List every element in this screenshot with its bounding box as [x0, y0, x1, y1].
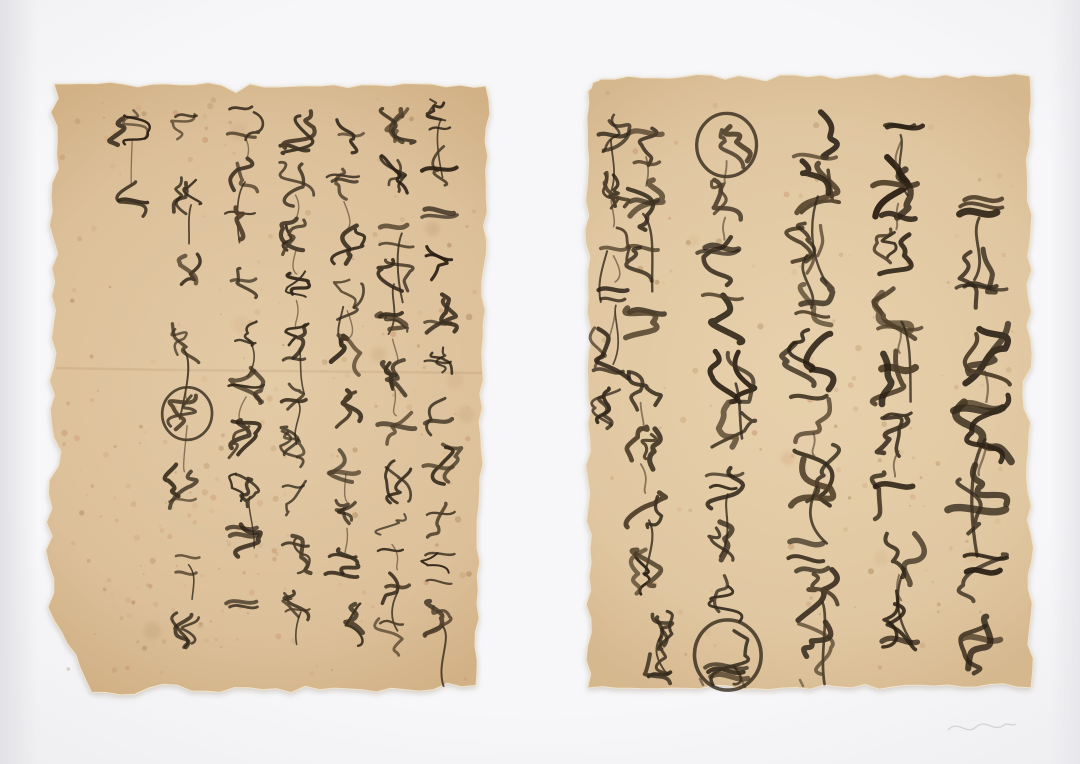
left-page: [46, 82, 490, 695]
manuscript-photo: [0, 0, 1080, 764]
photo-background: Photograph of two aged, foxed paper leav…: [0, 0, 1080, 764]
left-paper-sheet: [46, 82, 490, 695]
right-page: [585, 74, 1033, 693]
pencil-annotation: [948, 724, 1016, 730]
